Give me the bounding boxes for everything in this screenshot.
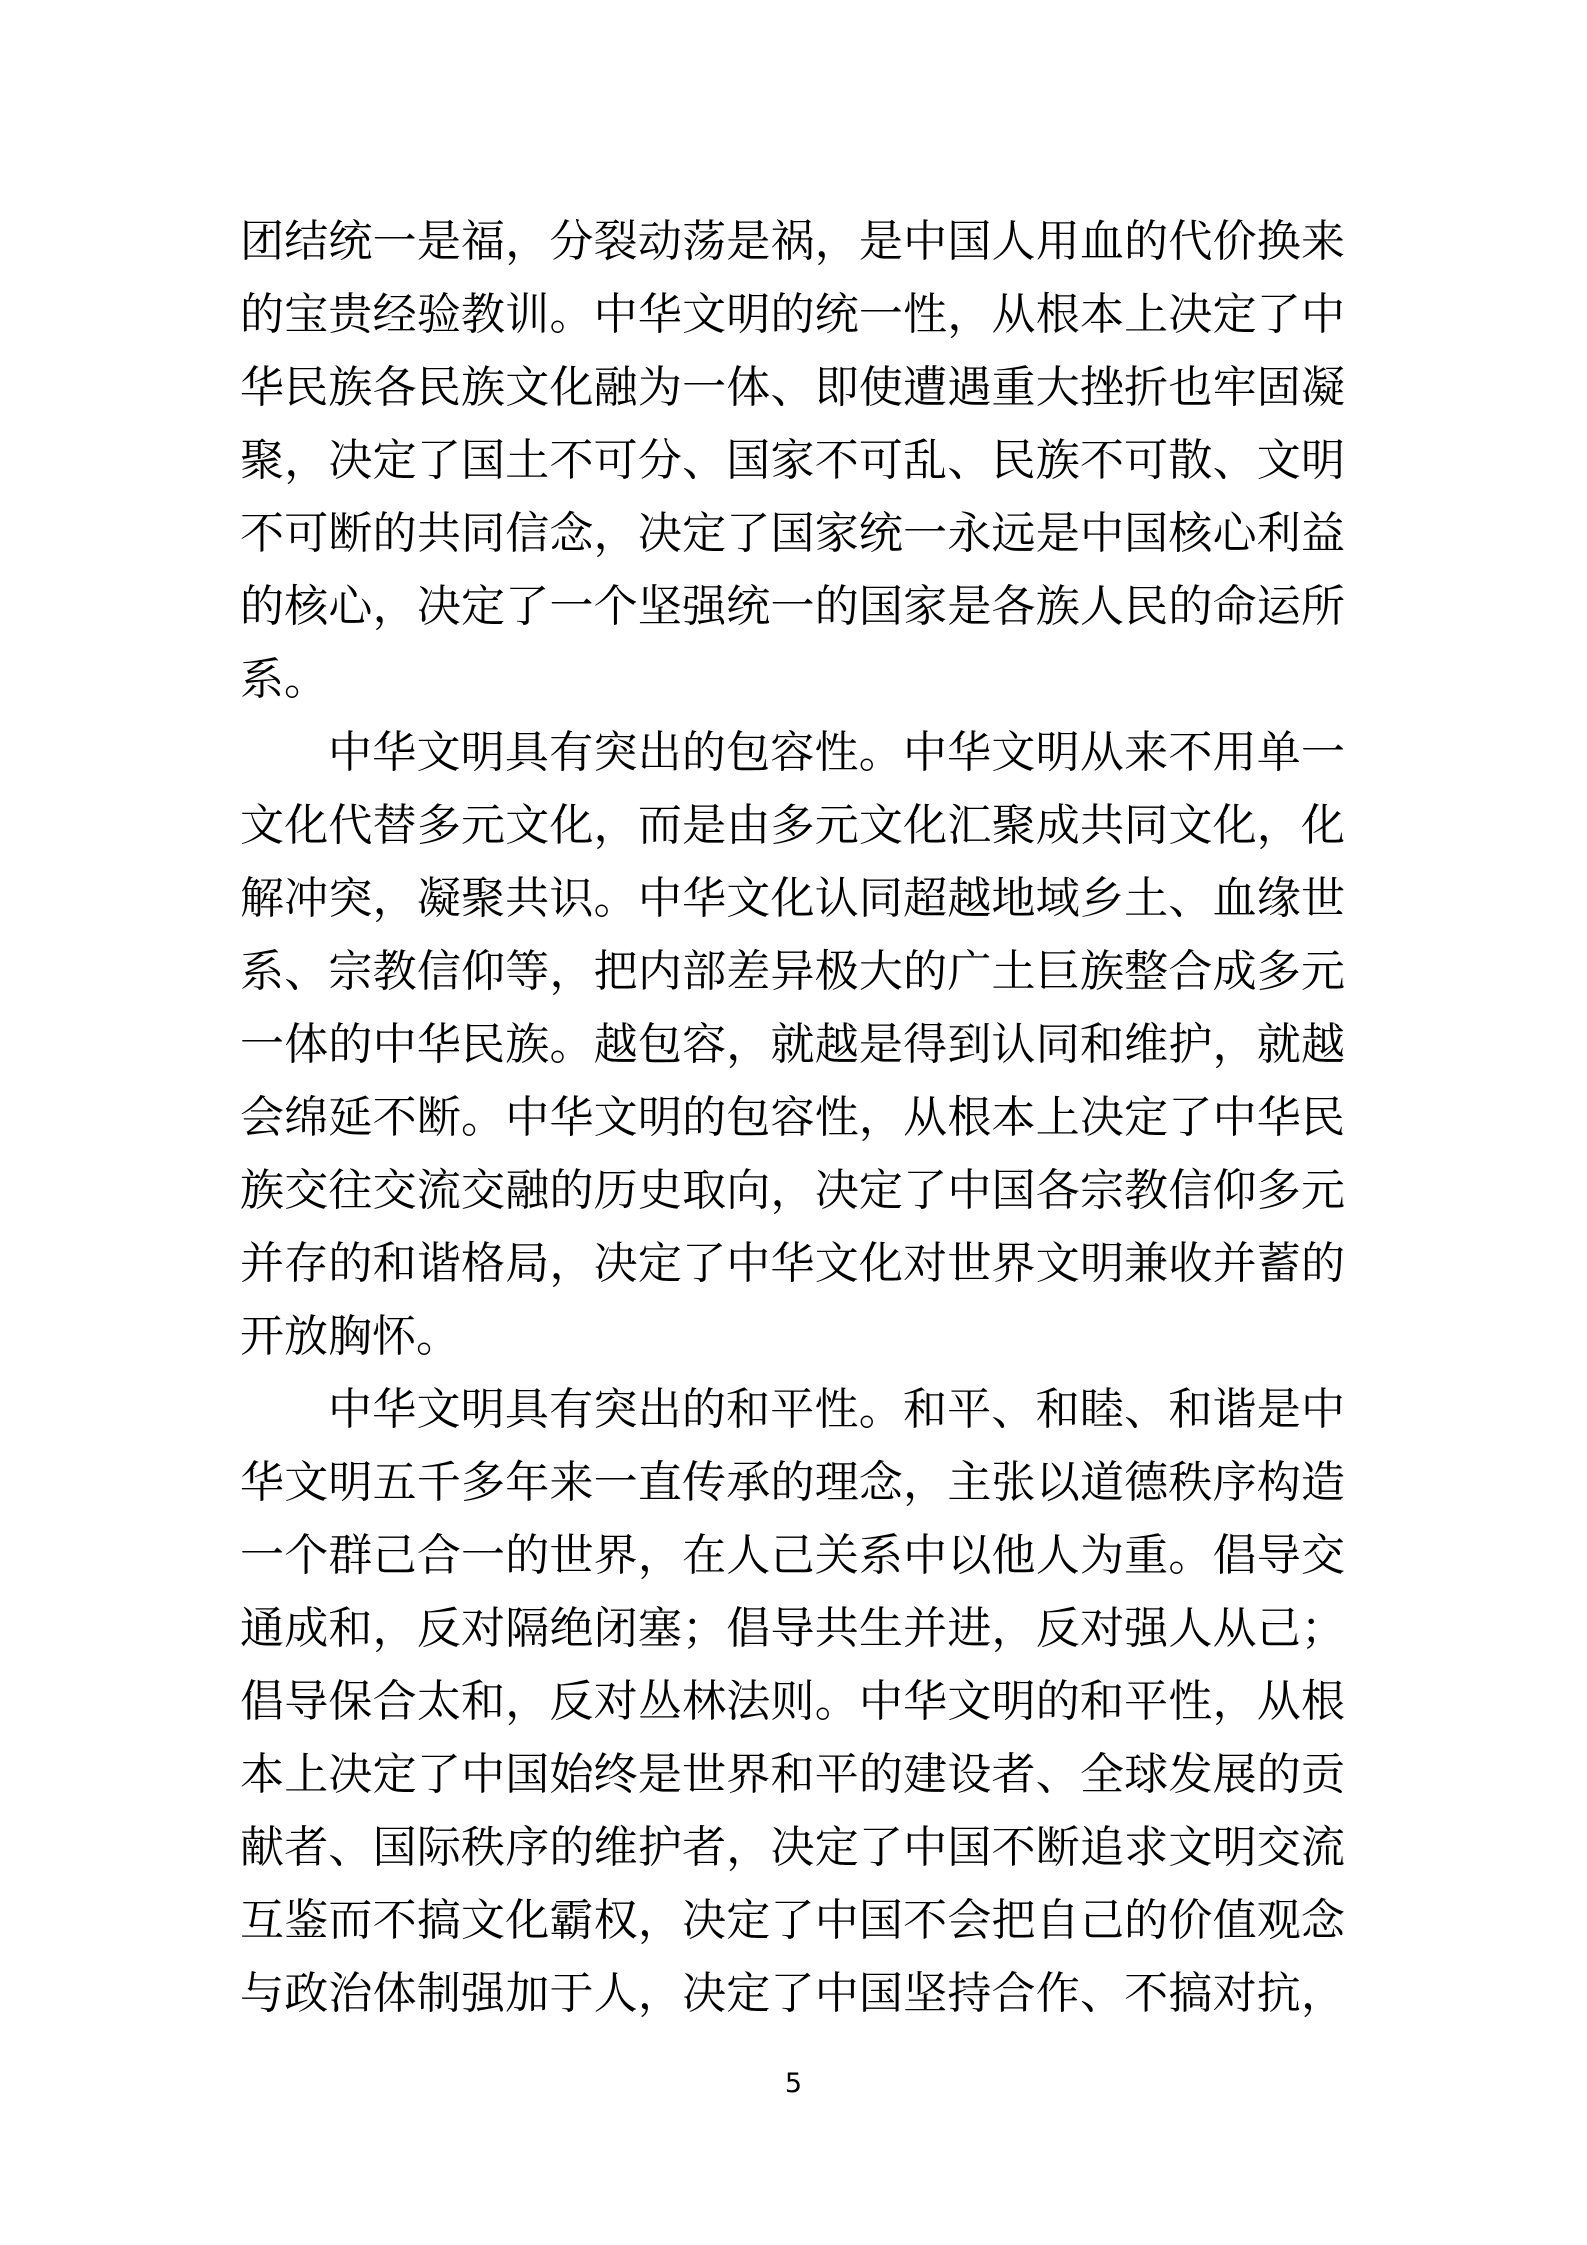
text-line: 本上决定了中国始终是世界和平的建设者、全球发展的贡 — [240, 1738, 1345, 1811]
document-page: 团结统一是福，分裂动荡是祸，是中国人用血的代价换来 的宝贵经验教训。中华文明的统… — [0, 0, 1587, 2245]
text-line: 的核心，决定了一个坚强统一的国家是各族人民的命运所 — [240, 570, 1345, 643]
text-line: 互鉴而不搞文化霸权，决定了中国不会把自己的价值观念 — [240, 1884, 1345, 1957]
text-line: 一体的中华民族。越包容，就越是得到认同和维护，就越 — [240, 1008, 1345, 1081]
text-line: 与政治体制强加于人，决定了中国坚持合作、不搞对抗， — [240, 1957, 1345, 2030]
text-line: 解冲突，凝聚共识。中华文化认同超越地域乡土、血缘世 — [240, 862, 1345, 935]
text-line: 华文明五千多年来一直传承的理念，主张以道德秩序构造 — [240, 1446, 1345, 1519]
paragraph: 中华文明具有突出的包容性。中华文明从来不用单一 文化代替多元文化，而是由多元文化… — [240, 716, 1345, 1373]
paragraph: 中华文明具有突出的和平性。和平、和睦、和谐是中 华文明五千多年来一直传承的理念，… — [240, 1373, 1345, 2030]
page-number: 5 — [0, 2068, 1587, 2099]
text-line: 聚，决定了国土不可分、国家不可乱、民族不可散、文明 — [240, 424, 1345, 497]
text-block: 团结统一是福，分裂动荡是祸，是中国人用血的代价换来 的宝贵经验教训。中华文明的统… — [240, 205, 1345, 2030]
text-line: 献者、国际秩序的维护者，决定了中国不断追求文明交流 — [240, 1811, 1345, 1884]
text-line: 通成和，反对隔绝闭塞；倡导共生并进，反对强人从己； — [240, 1592, 1345, 1665]
text-line: 开放胸怀。 — [240, 1300, 1345, 1373]
text-line: 一个群己合一的世界，在人己关系中以他人为重。倡导交 — [240, 1519, 1345, 1592]
text-line: 的宝贵经验教训。中华文明的统一性，从根本上决定了中 — [240, 278, 1345, 351]
text-line: 文化代替多元文化，而是由多元文化汇聚成共同文化，化 — [240, 789, 1345, 862]
text-line: 团结统一是福，分裂动荡是祸，是中国人用血的代价换来 — [240, 205, 1345, 278]
paragraph: 团结统一是福，分裂动荡是祸，是中国人用血的代价换来 的宝贵经验教训。中华文明的统… — [240, 205, 1345, 716]
text-line: 系。 — [240, 643, 1345, 716]
text-line: 不可断的共同信念，决定了国家统一永远是中国核心利益 — [240, 497, 1345, 570]
text-line: 中华文明具有突出的包容性。中华文明从来不用单一 — [240, 716, 1345, 789]
text-line: 会绵延不断。中华文明的包容性，从根本上决定了中华民 — [240, 1081, 1345, 1154]
text-line: 倡导保合太和，反对丛林法则。中华文明的和平性，从根 — [240, 1665, 1345, 1738]
text-line: 中华文明具有突出的和平性。和平、和睦、和谐是中 — [240, 1373, 1345, 1446]
text-line: 系、宗教信仰等，把内部差异极大的广土巨族整合成多元 — [240, 935, 1345, 1008]
text-line: 并存的和谐格局，决定了中华文化对世界文明兼收并蓄的 — [240, 1227, 1345, 1300]
text-line: 族交往交流交融的历史取向，决定了中国各宗教信仰多元 — [240, 1154, 1345, 1227]
text-line: 华民族各民族文化融为一体、即使遭遇重大挫折也牢固凝 — [240, 351, 1345, 424]
